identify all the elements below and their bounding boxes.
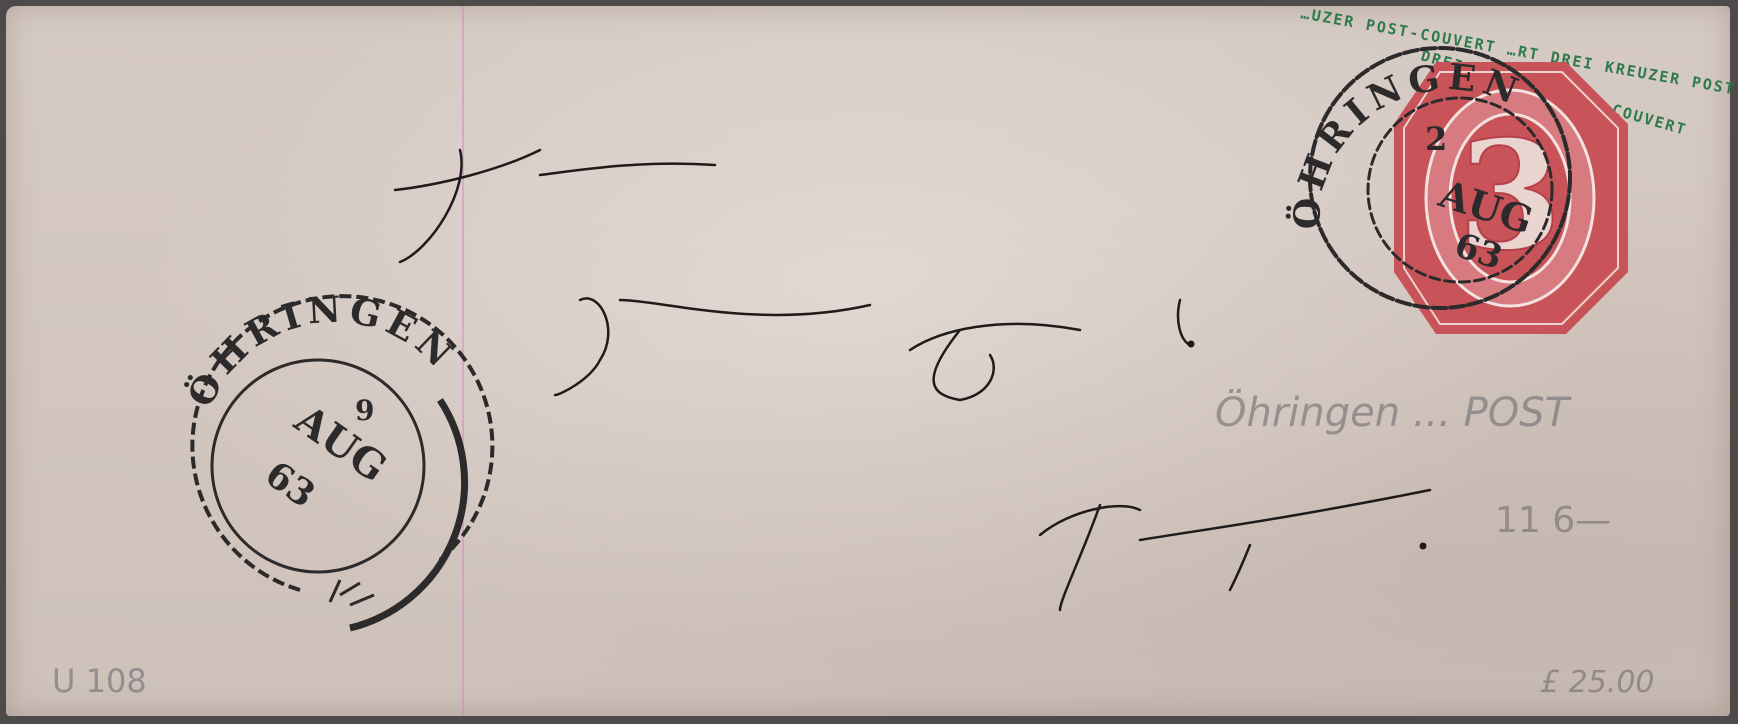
side-postmark-year: 63 — [258, 453, 323, 516]
side-postmark-town: ÖHRINGEN — [179, 288, 464, 413]
envelope-markings: …UZER POST-COUVERT …RT DREI KREUZER POST… — [0, 0, 1738, 724]
address-name: Theodor Engel. — [570, 295, 990, 358]
pencil-note-right-middle: 11 6— — [1495, 500, 1611, 541]
pencil-note-bottom-right: £ 25.00 — [1540, 665, 1655, 700]
address-salutation: Herrn — [400, 140, 535, 191]
stamp-postmark-day: 2 — [1425, 120, 1447, 158]
svg-text:ÖHRINGEN: ÖHRINGEN — [179, 288, 464, 413]
pencil-note-bottom-left: U 108 — [52, 662, 147, 700]
address-place: Schönthal. — [1040, 500, 1332, 563]
pencil-note-top-right: Öhringen ... POST — [1215, 390, 1569, 436]
side-postmark-day: 9 — [355, 394, 374, 427]
side-postmark: ÖHRINGEN 9 AUG 63 — [179, 288, 493, 628]
